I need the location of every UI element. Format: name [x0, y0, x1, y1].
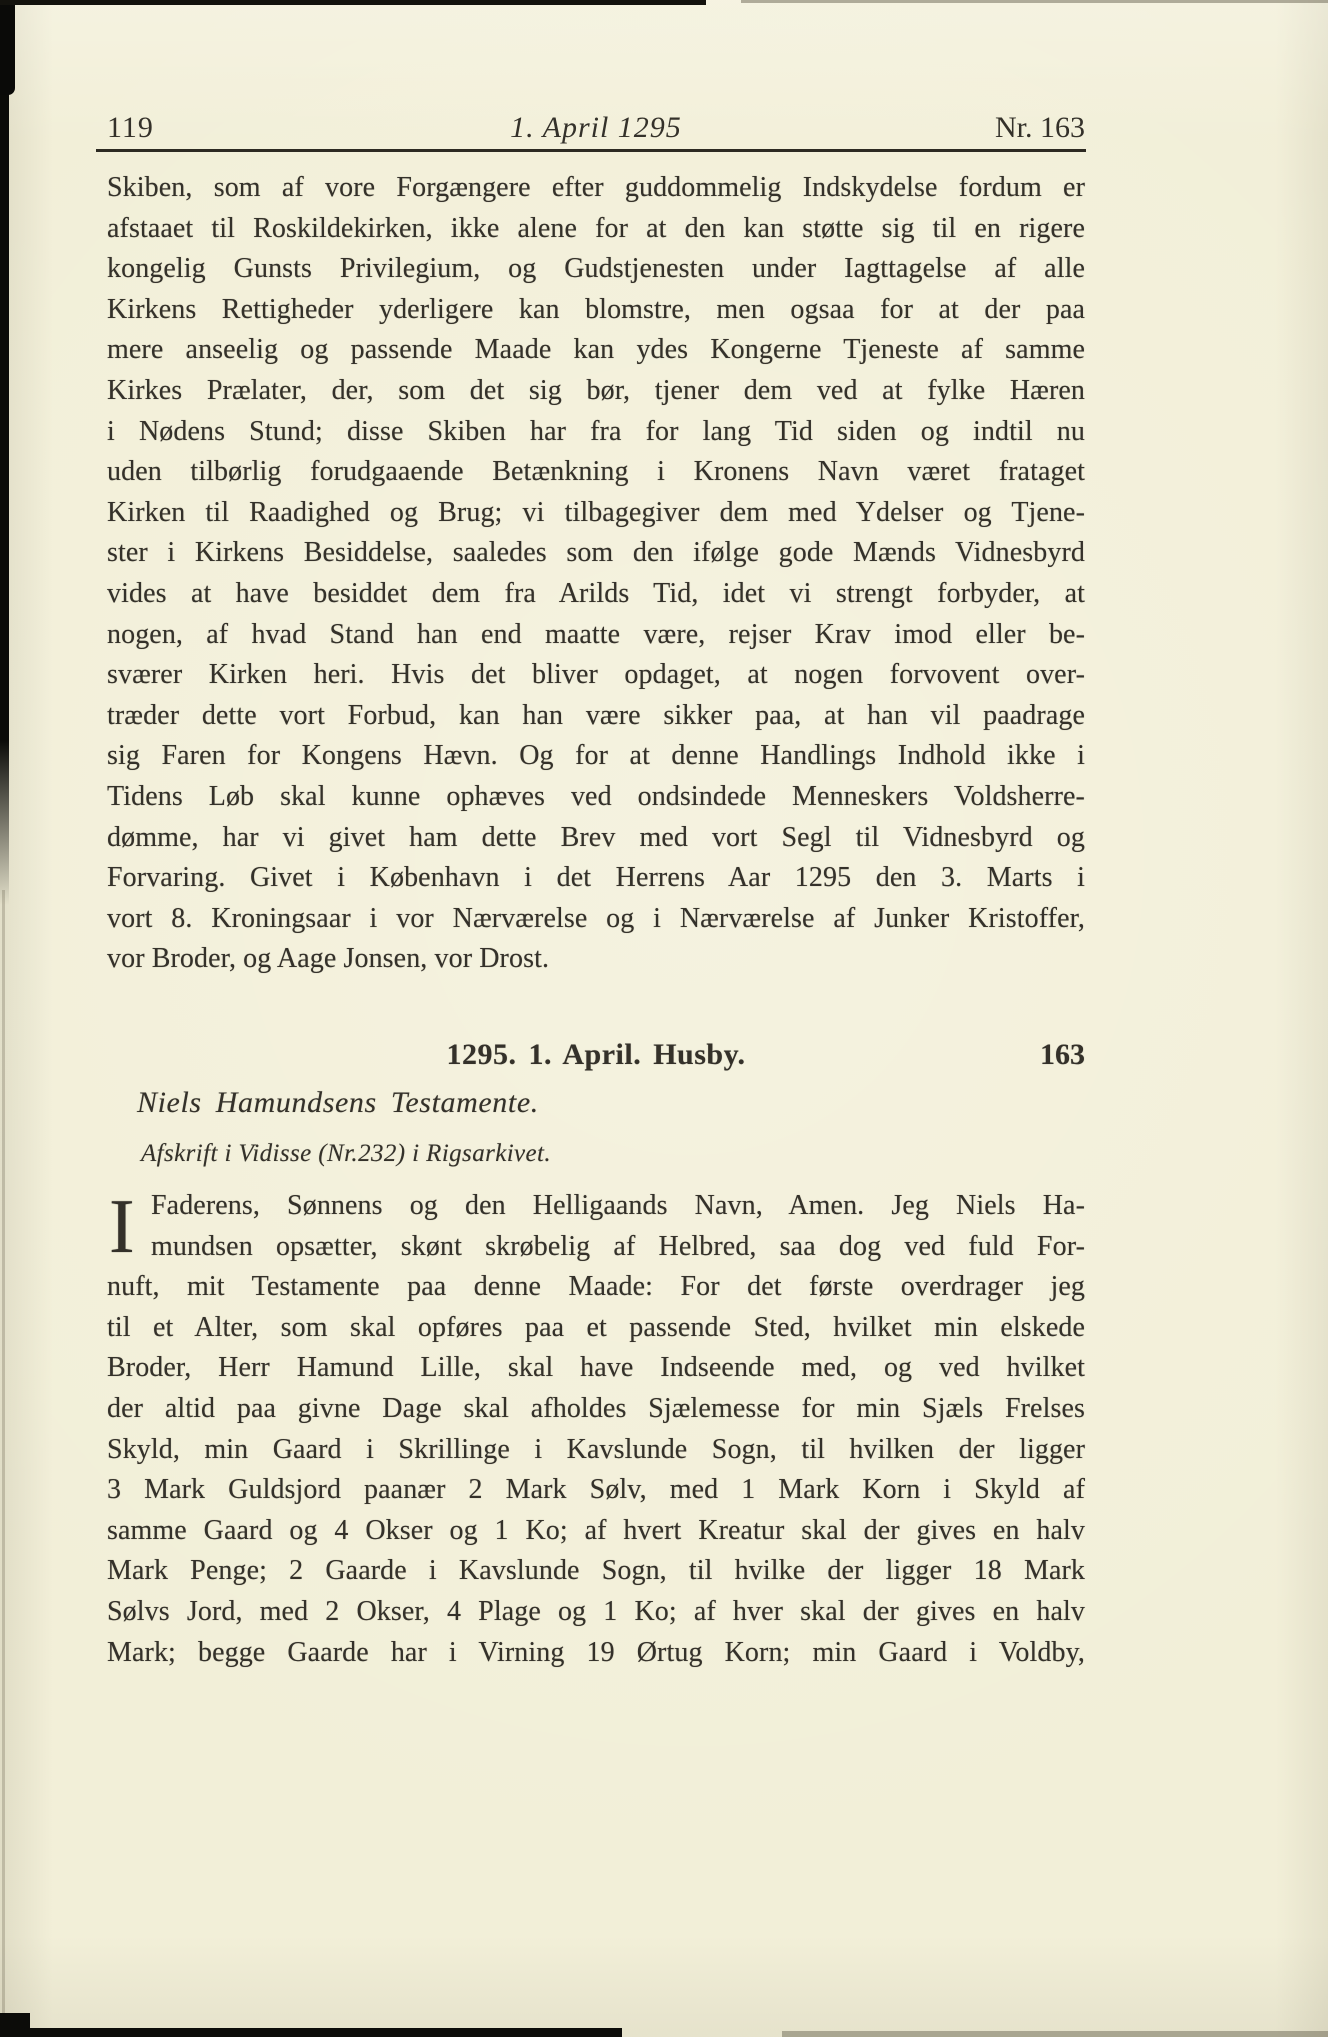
entry-heading: 1295. 1. April. Husby. 163: [107, 1036, 1085, 1074]
drop-cap: I: [109, 1189, 135, 1263]
text-line: mere anseelig og passende Maade kan ydes…: [107, 330, 1085, 371]
scan-edge-left-blob: [0, 0, 15, 95]
text-line: vort 8. Kroningsaar i vor Nærværelse og …: [107, 899, 1085, 940]
text-line: kongelig Gunsts Privilegium, og Gudstjen…: [107, 249, 1085, 290]
text-line: Skyld, min Gaard i Skrillinge i Kavslund…: [107, 1430, 1085, 1471]
text-line: dømme, har vi givet ham dette Brev med v…: [107, 818, 1085, 859]
running-head: 119 1. April 1295 Nr. 163: [107, 110, 1085, 146]
text-line: der altid paa givne Dage skal afholdes S…: [107, 1389, 1085, 1430]
text-line: Mark; begge Gaarde har i Virning 19 Ørtu…: [107, 1633, 1085, 1674]
text-line: mundsen opsætter, skønt skrøbelig af Hel…: [151, 1227, 1085, 1268]
text-line: vides at have besiddet dem fra Arilds Ti…: [107, 574, 1085, 615]
text-line: Kirkens Rettigheder yderligere kan bloms…: [107, 290, 1085, 331]
text-line: sig Faren for Kongens Hævn. Og for at de…: [107, 736, 1085, 777]
running-head-doc-number: Nr. 163: [995, 110, 1085, 146]
scan-corner-bottom-left: [0, 2013, 30, 2037]
text-line: til et Alter, som skal opføres paa et pa…: [107, 1308, 1085, 1349]
text-line: afstaaet til Roskildekirken, ikke alene …: [107, 209, 1085, 250]
scan-edge-left-black: [0, 0, 9, 905]
text-line: Kirken til Raadighed og Brug; vi tilbage…: [107, 493, 1085, 534]
text-line: Skiben, som af vore Forgængere efter gud…: [107, 168, 1085, 209]
text-line: nuft, mit Testamente paa denne Maade: Fo…: [107, 1267, 1085, 1308]
text-line: vor Broder, og Aage Jonsen, vor Drost.: [107, 939, 1085, 980]
text-line: Faderens, Sønnens og den Helligaands Nav…: [151, 1186, 1085, 1227]
text-line: Kirkes Prælater, der, som det sig bør, t…: [107, 371, 1085, 412]
scan-edge-bottom-gray: [782, 2031, 1328, 2037]
scan-edge-bottom-dark: [30, 2028, 622, 2037]
text-line: Forvaring. Givet i København i det Herre…: [107, 858, 1085, 899]
text-line: sværer Kirken heri. Hvis det bliver opda…: [107, 655, 1085, 696]
document-163-text: I Faderens, Sønnens og den Helligaands N…: [107, 1186, 1085, 1673]
scan-edge-top-gray: [741, 0, 1328, 3]
document-prev-text: Skiben, som af vore Forgængere efter gud…: [107, 168, 1085, 980]
running-head-date: 1. April 1295: [107, 110, 1085, 146]
text-line: samme Gaard og 4 Okser og 1 Ko; af hvert…: [107, 1511, 1085, 1552]
scan-edge-left-line: [2, 890, 5, 2037]
text-line: 3 Mark Guldsjord paanær 2 Mark Sølv, med…: [107, 1470, 1085, 1511]
text-line: Sølvs Jord, med 2 Okser, 4 Plage og 1 Ko…: [107, 1592, 1085, 1633]
header-rule: [96, 149, 1086, 152]
scan-edge-top-dark: [0, 0, 706, 5]
entry-heading-date: 1295. 1. April. Husby.: [107, 1036, 1085, 1074]
text-line: nogen, af hvad Stand han end maatte være…: [107, 615, 1085, 656]
entry-heading-number: 163: [1040, 1036, 1085, 1074]
text-line: Broder, Herr Hamund Lille, skal have Ind…: [107, 1348, 1085, 1389]
scanned-book-page: 119 1. April 1295 Nr. 163 Skiben, som af…: [0, 0, 1328, 2037]
text-line: ster i Kirkens Besiddelse, saaledes som …: [107, 533, 1085, 574]
text-line: træder dette vort Forbud, kan han være s…: [107, 696, 1085, 737]
text-line: i Nødens Stund; disse Skiben har fra for…: [107, 412, 1085, 453]
entry-title: Niels Hamundsens Testamente.: [137, 1086, 539, 1120]
entry-source-note: Afskrift i Vidisse (Nr.232) i Rigsarkive…: [141, 1140, 551, 1168]
text-line: Tidens Løb skal kunne ophæves ved ondsin…: [107, 777, 1085, 818]
text-line: uden tilbørlig forudgaaende Betænkning i…: [107, 452, 1085, 493]
text-line: Mark Penge; 2 Gaarde i Kavslunde Sogn, t…: [107, 1551, 1085, 1592]
